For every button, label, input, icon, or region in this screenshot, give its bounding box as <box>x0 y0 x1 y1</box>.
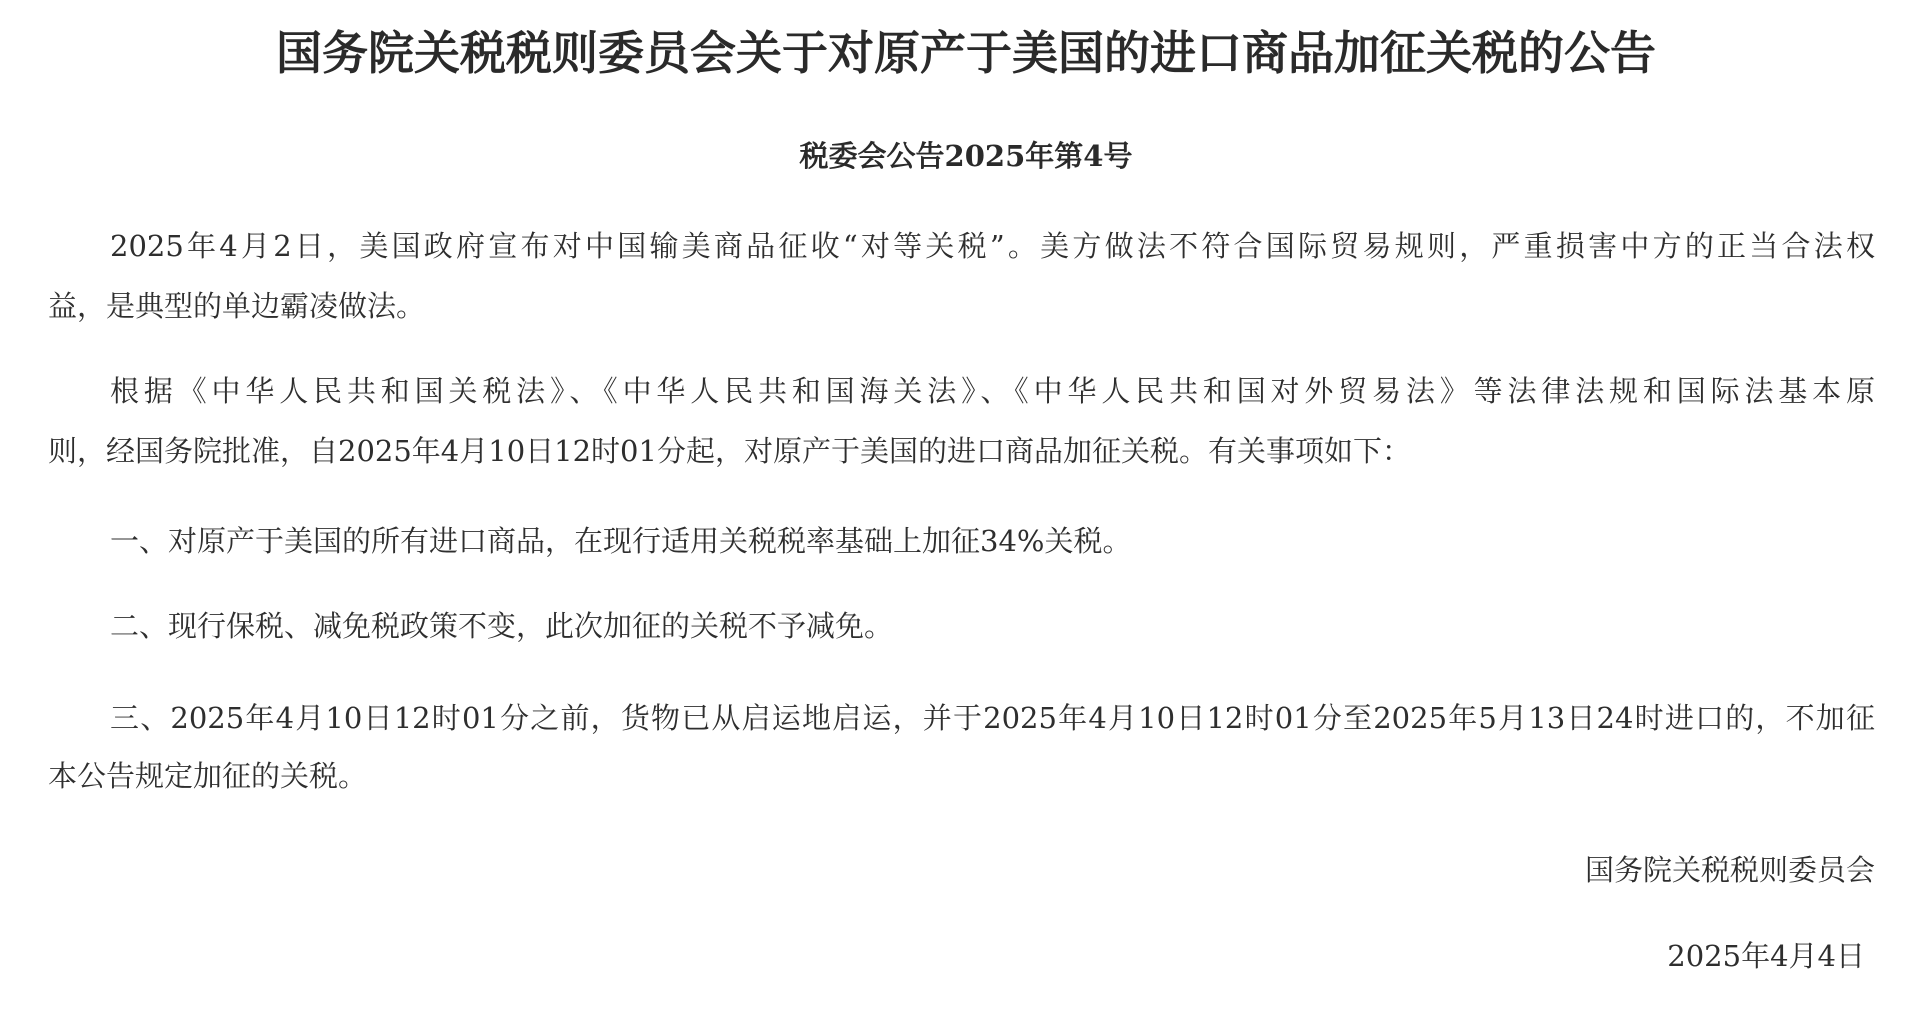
paragraph-line: 本公告规定加征的关税。 <box>48 758 367 794</box>
paragraph-line: 三、2025年4月10日12时01分之前，货物已从启运地启运，并于2025年4月… <box>110 700 1875 736</box>
document-title: 国务院关税税则委员会关于对原产于美国的进口商品加征关税的公告 <box>0 24 1932 82</box>
paragraph-line: 2025年4月2日，美国政府宣布对中国输美商品征收“对等关税”。美方做法不符合国… <box>110 228 1875 264</box>
issue-date: 2025年4月4日 <box>1200 938 1865 974</box>
paragraph-line: 二、现行保税、减免税政策不变，此次加征的关税不予减免。 <box>110 608 893 644</box>
paragraph-line: 根据《中华人民共和国关税法》、《中华人民共和国海关法》、《中华人民共和国对外贸易… <box>110 373 1875 409</box>
paragraph-line: 一、对原产于美国的所有进口商品，在现行适用关税税率基础上加征34%关税。 <box>110 523 1131 559</box>
issuer-signature: 国务院关税税则委员会 <box>1200 852 1875 888</box>
paragraph-line: 益，是典型的单边霸凌做法。 <box>48 288 425 324</box>
announcement-number: 税委会公告2025年第4号 <box>0 138 1932 174</box>
paragraph-line: 则，经国务院批准，自2025年4月10日12时01分起，对原产于美国的进口商品加… <box>48 433 1411 469</box>
